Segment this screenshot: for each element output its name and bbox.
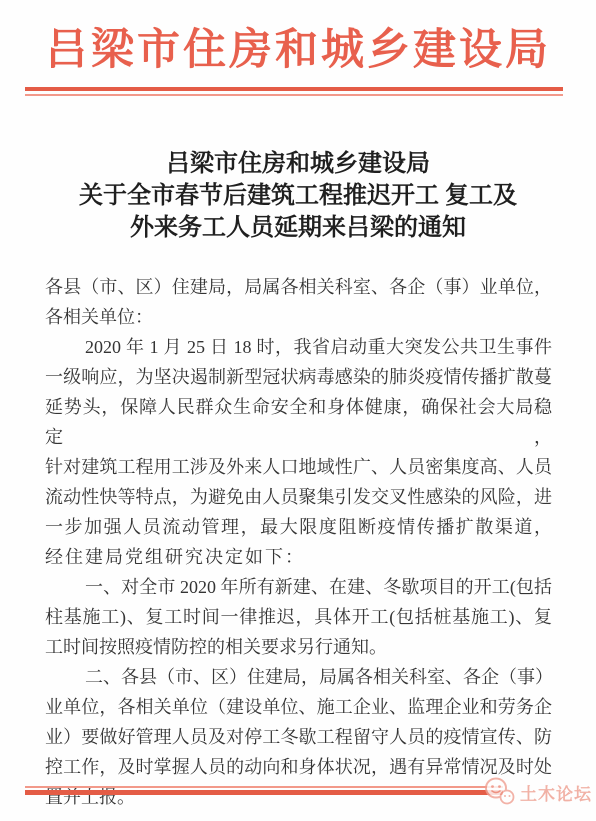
letterhead-rule (25, 87, 563, 96)
footer-rule-thick (25, 790, 503, 795)
body-line: 二、各县（市、区）住建局，局属各相关科室、各企（事） (45, 662, 552, 692)
letterhead-rule-thin (25, 94, 563, 96)
document-title: 吕梁市住房和城乡建设局 关于全市春节后建筑工程推迟开工 复工及 外来务工人员延期… (0, 148, 596, 244)
body-line: 各相关单位： (45, 302, 552, 332)
body-line: 一、对全市 2020 年所有新建、在建、冬歇项目的开工(包括 (45, 572, 552, 602)
body-line: 一步加强人员流动管理，最大限度阻断疫情传播扩散渠道， (45, 512, 552, 542)
letterhead-title: 吕梁市住房和城乡建设局 (0, 16, 596, 77)
body-line: 2020 年 1 月 25 日 18 时，我省启动重大突发公共卫生事件 (45, 332, 552, 362)
body-line: 一级响应，为坚决遏制新型冠状病毒感染的肺炎疫情传播扩散蔓 (45, 362, 552, 392)
body-line: 工时间按照疫情防控的相关要求另行通知。 (45, 632, 552, 662)
body-line: 控工作，及时掌握人员的动向和身体状况，遇有异常情况及时处 (45, 752, 552, 782)
body-line: 各县（市、区）住建局，局属各相关科室、各企（事）业单位， (45, 272, 552, 302)
letterhead-rule-thick (25, 87, 563, 91)
body-line: 柱基施工)、复工时间一律推迟，具体开工(包括桩基施工)、复 (45, 602, 552, 632)
body-line: 针对建筑工程用工涉及外来人口地域性广、人员密集度高、人员 (45, 452, 552, 482)
footer-rule-thin (25, 786, 503, 788)
body-line: 延势头，保障人民群众生命安全和身体健康，确保社会大局稳定， (45, 392, 552, 452)
chat-smiley-icon (484, 777, 516, 807)
body-line: 经住建局党组研究决定如下： (45, 542, 552, 572)
watermark-label: 土木论坛 (520, 780, 592, 805)
document-title-line: 外来务工人员延期来吕梁的通知 (0, 212, 596, 244)
document-page: 吕梁市住房和城乡建设局 吕梁市住房和城乡建设局 关于全市春节后建筑工程推迟开工 … (0, 0, 596, 821)
body-line: 业）要做好管理人员及对停工冬歇工程留守人员的疫情宣传、防 (45, 722, 552, 752)
document-title-line: 吕梁市住房和城乡建设局 (0, 148, 596, 180)
body-line: 业单位，各相关单位（建设单位、施工企业、监理企业和劳务企 (45, 692, 552, 722)
body-line: 流动性快等特点，为避免由人员聚集引发交叉性感染的风险，进 (45, 482, 552, 512)
watermark: 土木论坛 (484, 777, 592, 807)
document-title-line: 关于全市春节后建筑工程推迟开工 复工及 (0, 180, 596, 212)
footer-rule (25, 786, 503, 795)
document-body: 各县（市、区）住建局，局属各相关科室、各企（事）业单位， 各相关单位： 2020… (45, 272, 552, 812)
